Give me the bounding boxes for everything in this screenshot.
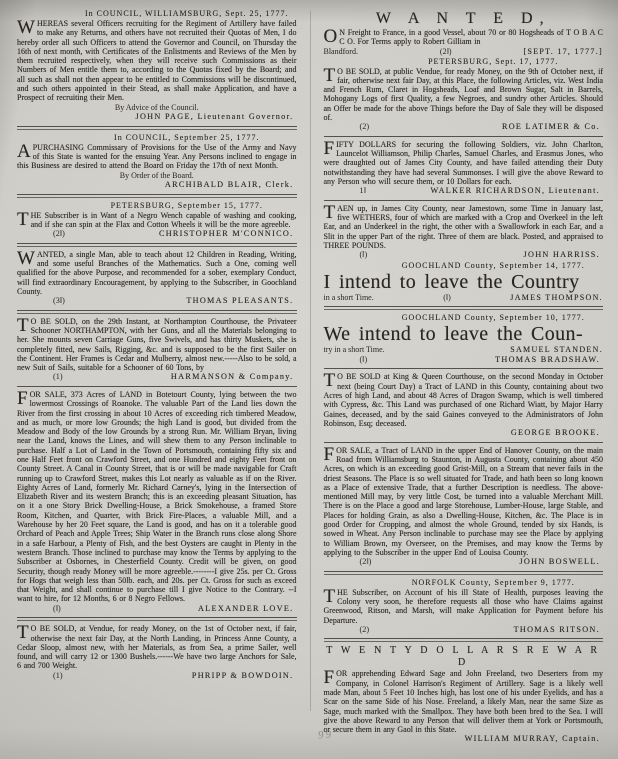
reference-marker: (2‖) [53, 229, 65, 240]
notice-fifty-dollars: FIFTY DOLLARS for securing the following… [324, 140, 604, 197]
column-layout: In COUNCIL, WILLIAMSBURG, Sept. 25, 1777… [17, 9, 603, 745]
divider-rule [324, 306, 604, 310]
notice-leave-country-thompson: GOOCHLAND County, September 14, 1777. I … [324, 261, 604, 303]
notice-leave-country-standen: GOOCHLAND County, September 10, 1777. We… [324, 313, 604, 366]
signature: JOHN BOSWELL. [519, 557, 600, 568]
notice-twenty-dollars-reward: T W E N T Y D O L L A R S R E W A R D FO… [324, 645, 604, 745]
reference-marker: (‖) [433, 293, 451, 303]
signature-row: (2)ROE LATIMER & Co. [324, 122, 604, 133]
signature-row: GEORGE BROOKE. [324, 428, 604, 439]
signature: THOMAS RITSON. [514, 625, 600, 636]
signature-row-2: (‖)THOMAS BRADSHAW. [324, 355, 604, 366]
drop-cap: F [324, 446, 337, 464]
signature: GEORGE BROOKE. [511, 428, 600, 439]
divider-rule [17, 386, 297, 387]
byline: By Advice of the Council. [17, 103, 297, 113]
signature-row: 1‖WALKER RICHARDSON, Lieutenant. [324, 186, 604, 197]
signature-row: try in a short Time.SAMUEL STANDEN. [324, 345, 604, 355]
notice-cedar-sloop: TO BE SOLD, at Vendue, for ready Money, … [17, 624, 297, 681]
body-text: O BE SOLD at King & Queen Courthouse, on… [324, 372, 604, 427]
body-text: N Freight to France, in a good Vessel, a… [339, 28, 603, 46]
body-text: OR SALE, a Tract of LAND in the upper En… [324, 446, 604, 557]
notice-body: FIFTY DOLLARS for securing the following… [324, 140, 604, 186]
drop-cap: T [324, 372, 338, 390]
body-text: HE Subscriber is in Want of a Negro Wenc… [31, 211, 297, 229]
notice-body: APURCHASING Commissary of Provisions for… [17, 143, 297, 171]
notice-king-queen-land: TO BE SOLD at King & Queen Courthouse, o… [324, 372, 604, 438]
dateline: GOOCHLAND County, September 10, 1777. [324, 313, 604, 323]
notice-wanted-freight: W A N T E D, ON Freight to France, in a … [324, 10, 604, 57]
divider-rule [324, 200, 604, 201]
display-line: We intend to leave the Coun- [324, 323, 604, 345]
notice-body: ON Freight to France, in a good Vessel, … [324, 28, 604, 47]
drop-cap: T [324, 588, 338, 606]
drop-cap: T [17, 624, 31, 642]
divider-rule [324, 368, 604, 369]
display-line: I intend to leave the Country [324, 271, 604, 293]
signature-row: (2‖)CHRISTOPHER M'CONNICO. [17, 229, 297, 240]
notice-body: THE Subscriber, on Account of his ill St… [324, 588, 604, 625]
handwritten-page-number: 99 [318, 728, 334, 741]
notice-council-williamsburg: In COUNCIL, WILLIAMSBURG, Sept. 25, 1777… [17, 9, 297, 123]
drop-cap: W [17, 250, 37, 268]
body-text: OR apprehending Edward Sage and John Fre… [324, 669, 604, 734]
reference-marker: (‖) [360, 355, 368, 366]
notice-petersburg-vendue: PETERSBURG, Sept. 17, 1777. TO BE SOLD, … [324, 57, 604, 133]
signature-row: in a short Time.(‖)JAMES THOMPSON. [324, 293, 604, 303]
signature-row: (3‖)THOMAS PLEASANTS. [17, 296, 297, 307]
left-column: In COUNCIL, WILLIAMSBURG, Sept. 25, 1777… [17, 9, 297, 745]
notice-norfolk-ritson: NORFOLK County, September 9, 1777. THE S… [324, 578, 604, 636]
divider-rule [17, 194, 297, 198]
reference-marker: (‖) [360, 250, 368, 261]
body-text: O BE SOLD, at public Vendue, for ready M… [324, 67, 604, 122]
reference-marker: (2) [360, 122, 370, 133]
divider-rule [324, 136, 604, 137]
body-text: IFTY DOLLARS for securing the following … [324, 140, 604, 186]
divider-rule [324, 442, 604, 443]
signature-row: (2‖)JOHN BOSWELL. [324, 557, 604, 568]
notice-body: TO BE SOLD, on the 29th Instant, at Nort… [17, 317, 297, 373]
byline: By Order of the Board. [17, 171, 297, 181]
signature: THOMAS PLEASANTS. [186, 296, 293, 307]
drop-cap: F [324, 669, 337, 687]
notice-body: TAEN up, in James City County, near Jame… [324, 204, 604, 250]
notice-body: FOR SALE, 373 Acres of LAND in Botetourt… [17, 390, 297, 604]
reference-marker: (1) [53, 671, 63, 682]
drop-cap: A [17, 143, 33, 161]
signature: ALEXANDER LOVE. [198, 604, 293, 615]
notice-body: TO BE SOLD, at Vendue, for ready Money, … [17, 624, 297, 670]
dateline: NORFOLK County, September 9, 1777. [324, 578, 604, 588]
dateline: PETERSBURG, September 15, 1777. [17, 201, 297, 211]
drop-cap: W [17, 19, 37, 37]
drop-cap: O [324, 28, 340, 46]
signature: JOHN PAGE, Lieutenant Governor. [135, 112, 293, 123]
reference-marker: (3‖) [53, 296, 65, 307]
bracket-date: [SEPT. 17, 1777.] [523, 47, 603, 57]
notice-body: FOR SALE, a Tract of LAND in the upper E… [324, 446, 604, 558]
newspaper-page: In COUNCIL, WILLIAMSBURG, Sept. 25, 1777… [0, 0, 618, 759]
dateline: In COUNCIL, WILLIAMSBURG, Sept. 25, 1777… [17, 9, 297, 19]
divider-rule [17, 617, 297, 621]
drop-cap: F [17, 390, 30, 408]
body-tail: Blandford. [324, 47, 358, 57]
body-tail: try in a short Time. [324, 345, 385, 355]
signature-row: WILLIAM MURRAY, Captain. [324, 734, 604, 745]
body-text: HEREAS several Officers recruiting for t… [17, 19, 297, 102]
reward-heading: T W E N T Y D O L L A R S R E W A R D [324, 645, 604, 669]
divider-rule [17, 310, 297, 314]
reference-marker: (2‖) [360, 557, 372, 568]
dateline: GOOCHLAND County, September 14, 1777. [324, 261, 604, 271]
drop-cap: T [324, 67, 338, 85]
notice-wanted-teacher: WANTED, a single Man, able to teach abou… [17, 250, 297, 307]
divider-rule [17, 126, 297, 130]
divider-rule [17, 243, 297, 247]
signature: PHRIPP & BOWDOIN. [192, 671, 294, 682]
body-text: AEN up, in James City County, near James… [324, 204, 604, 250]
notice-body: WANTED, a single Man, able to teach abou… [17, 250, 297, 296]
reference-marker: (2) [360, 625, 370, 636]
dateline: In COUNCIL, September 25, 1777. [17, 133, 297, 143]
notice-body: TO BE SOLD, at public Vendue, for ready … [324, 67, 604, 123]
body-text: OR SALE, 373 Acres of LAND in Botetourt … [17, 390, 297, 604]
drop-cap: T [17, 211, 31, 229]
notice-body: TO BE SOLD at King & Queen Courthouse, o… [324, 372, 604, 428]
signature-row: (2)THOMAS RITSON. [324, 625, 604, 636]
notice-schooner-northampton: TO BE SOLD, on the 29th Instant, at Nort… [17, 317, 297, 383]
signature: ARCHIBALD BLAIR, Clerk. [165, 180, 294, 191]
body-text: O BE SOLD, on the 29th Instant, at North… [17, 317, 297, 372]
signature-row: Blandford.(2‖)[SEPT. 17, 1777.] [324, 47, 604, 57]
wanted-heading: W A N T E D, [324, 10, 604, 27]
reference-marker: (1) [53, 372, 63, 383]
divider-rule [324, 638, 604, 642]
reference-marker: 1‖ [360, 186, 366, 197]
reference-marker: (‖) [53, 604, 61, 615]
signature-row: JOHN PAGE, Lieutenant Governor. [17, 112, 297, 123]
notice-taken-up-wethers: TAEN up, in James City County, near Jame… [324, 204, 604, 261]
signature: JOHN HARRISS. [524, 250, 601, 261]
signature: WILLIAM MURRAY, Captain. [465, 734, 600, 745]
notice-body: FOR apprehending Edward Sage and John Fr… [324, 669, 604, 734]
notice-hanover-land: FOR SALE, a Tract of LAND in the upper E… [324, 446, 604, 568]
signature-row: (‖)JOHN HARRISS. [324, 250, 604, 261]
notice-purchasing-commissary: In COUNCIL, September 25, 1777. APURCHAS… [17, 133, 297, 191]
signature: JAMES THOMPSON. [510, 293, 603, 303]
drop-cap: T [324, 204, 338, 222]
signature-row: (1)HARMANSON & Company. [17, 372, 297, 383]
signature: SAMUEL STANDEN. [510, 345, 603, 355]
signature: CHRISTOPHER M'CONNICO. [159, 229, 294, 240]
body-text: PURCHASING Commissary of Provisions for … [17, 143, 297, 171]
notice-petersburg-subscriber: PETERSBURG, September 15, 1777. THE Subs… [17, 201, 297, 240]
signature: ROE LATIMER & Co. [502, 122, 600, 133]
dateline: PETERSBURG, Sept. 17, 1777. [324, 57, 604, 67]
body-text: O BE SOLD, at Vendue, for ready Money, o… [17, 624, 297, 670]
right-column: W A N T E D, ON Freight to France, in a … [324, 9, 604, 745]
notice-body: THE Subscriber is in Want of a Negro Wen… [17, 211, 297, 230]
drop-cap: T [17, 317, 31, 335]
drop-cap: F [324, 140, 337, 158]
signature-row: ARCHIBALD BLAIR, Clerk. [17, 180, 297, 191]
signature: WALKER RICHARDSON, Lieutenant. [430, 186, 600, 197]
divider-rule [324, 571, 604, 575]
notice-body: WHEREAS several Officers recruiting for … [17, 19, 297, 103]
signature: HARMANSON & Company. [171, 372, 294, 383]
reference-marker: (2‖) [430, 47, 452, 57]
column-divider [310, 11, 311, 711]
signature: THOMAS BRADSHAW. [495, 355, 600, 366]
body-text: HE Subscriber, on Account of his ill Sta… [324, 588, 604, 625]
signature-row: (‖)ALEXANDER LOVE. [17, 604, 297, 615]
notice-land-botetourt: FOR SALE, 373 Acres of LAND in Botetourt… [17, 390, 297, 614]
body-text: ANTED, a single Man, able to teach about… [17, 250, 297, 296]
body-tail: in a short Time. [324, 293, 374, 303]
signature-row: (1)PHRIPP & BOWDOIN. [17, 671, 297, 682]
